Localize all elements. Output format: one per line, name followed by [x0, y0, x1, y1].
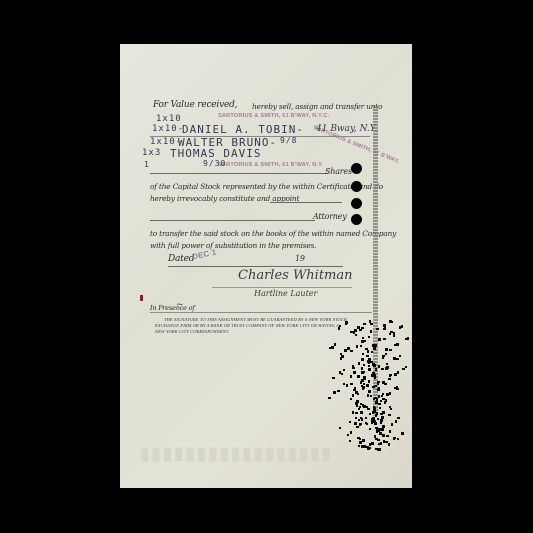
- signature-sub: Hartline Lauter: [254, 289, 317, 298]
- signature: Charles Whitman: [238, 268, 353, 283]
- substitution-text: with full power of substitution in the p…: [150, 241, 316, 250]
- guarantee-line-2: EXCHANGE FIRM OR BY A BANK OR TRUST COMP…: [155, 323, 339, 328]
- dated-label: Dated: [168, 254, 194, 264]
- transferee-name-1: DANIEL A. TOBIN-: [182, 123, 304, 136]
- guarantee-line-1: THE SIGNATURE TO THIS ASSIGNMENT MUST BE…: [164, 317, 347, 322]
- signature-rule: [212, 287, 352, 288]
- attorney-label: Attorney: [313, 212, 347, 221]
- punch-hole: [351, 214, 362, 225]
- shares-fraction: 9/30: [203, 159, 226, 168]
- shares-rule: [150, 173, 328, 174]
- guarantee-line-3: NEW YORK CITY CORRESPONDENT.: [155, 329, 229, 334]
- transfer-text: to transfer the said stock on the books …: [150, 229, 396, 238]
- transferee-qty-3: 1x3: [142, 148, 161, 158]
- red-mark: [140, 295, 143, 301]
- shares-value: 1: [144, 160, 150, 169]
- punch-hole: [351, 198, 362, 209]
- witness-label: In Presence of: [150, 304, 195, 312]
- witness-rule: [150, 312, 372, 313]
- transferee-note-1: 41 Bway, N.Y.: [316, 124, 377, 134]
- capital-stock-text: of the Capital Stock represented by the …: [150, 182, 383, 191]
- punch-hole: [351, 163, 362, 174]
- punch-hole: [351, 181, 362, 192]
- certificate-page: For Value received, hereby sell, assign …: [120, 44, 412, 488]
- attorney-rule: [150, 220, 315, 221]
- year-prefix: 19: [295, 254, 305, 263]
- witness-signature: ~: [176, 300, 184, 310]
- transferee-note-2: 9/8: [280, 136, 297, 145]
- dated-rule: [168, 266, 343, 267]
- sartorius-stamp-1: SARTORIUS & SMITH, 61 B'WAY, N.Y.C.: [218, 113, 329, 119]
- assign-text: hereby sell, assign and transfer unto: [252, 102, 382, 111]
- for-value-received: For Value received,: [153, 100, 237, 110]
- constitute-rule: [270, 202, 342, 203]
- transferee-qty-0: 1x10: [156, 114, 182, 124]
- transferee-qty-1: 1x10-: [152, 124, 184, 134]
- bleed-through-text: ▮▮▮▮▮▮▮▮▮▮▮▮▮▮▮▮▮: [140, 444, 333, 464]
- sartorius-stamp-3: SARTORIUS & SMITH, 61 B'WAY, N.Y.: [218, 162, 323, 168]
- shares-label: Shares: [325, 167, 352, 176]
